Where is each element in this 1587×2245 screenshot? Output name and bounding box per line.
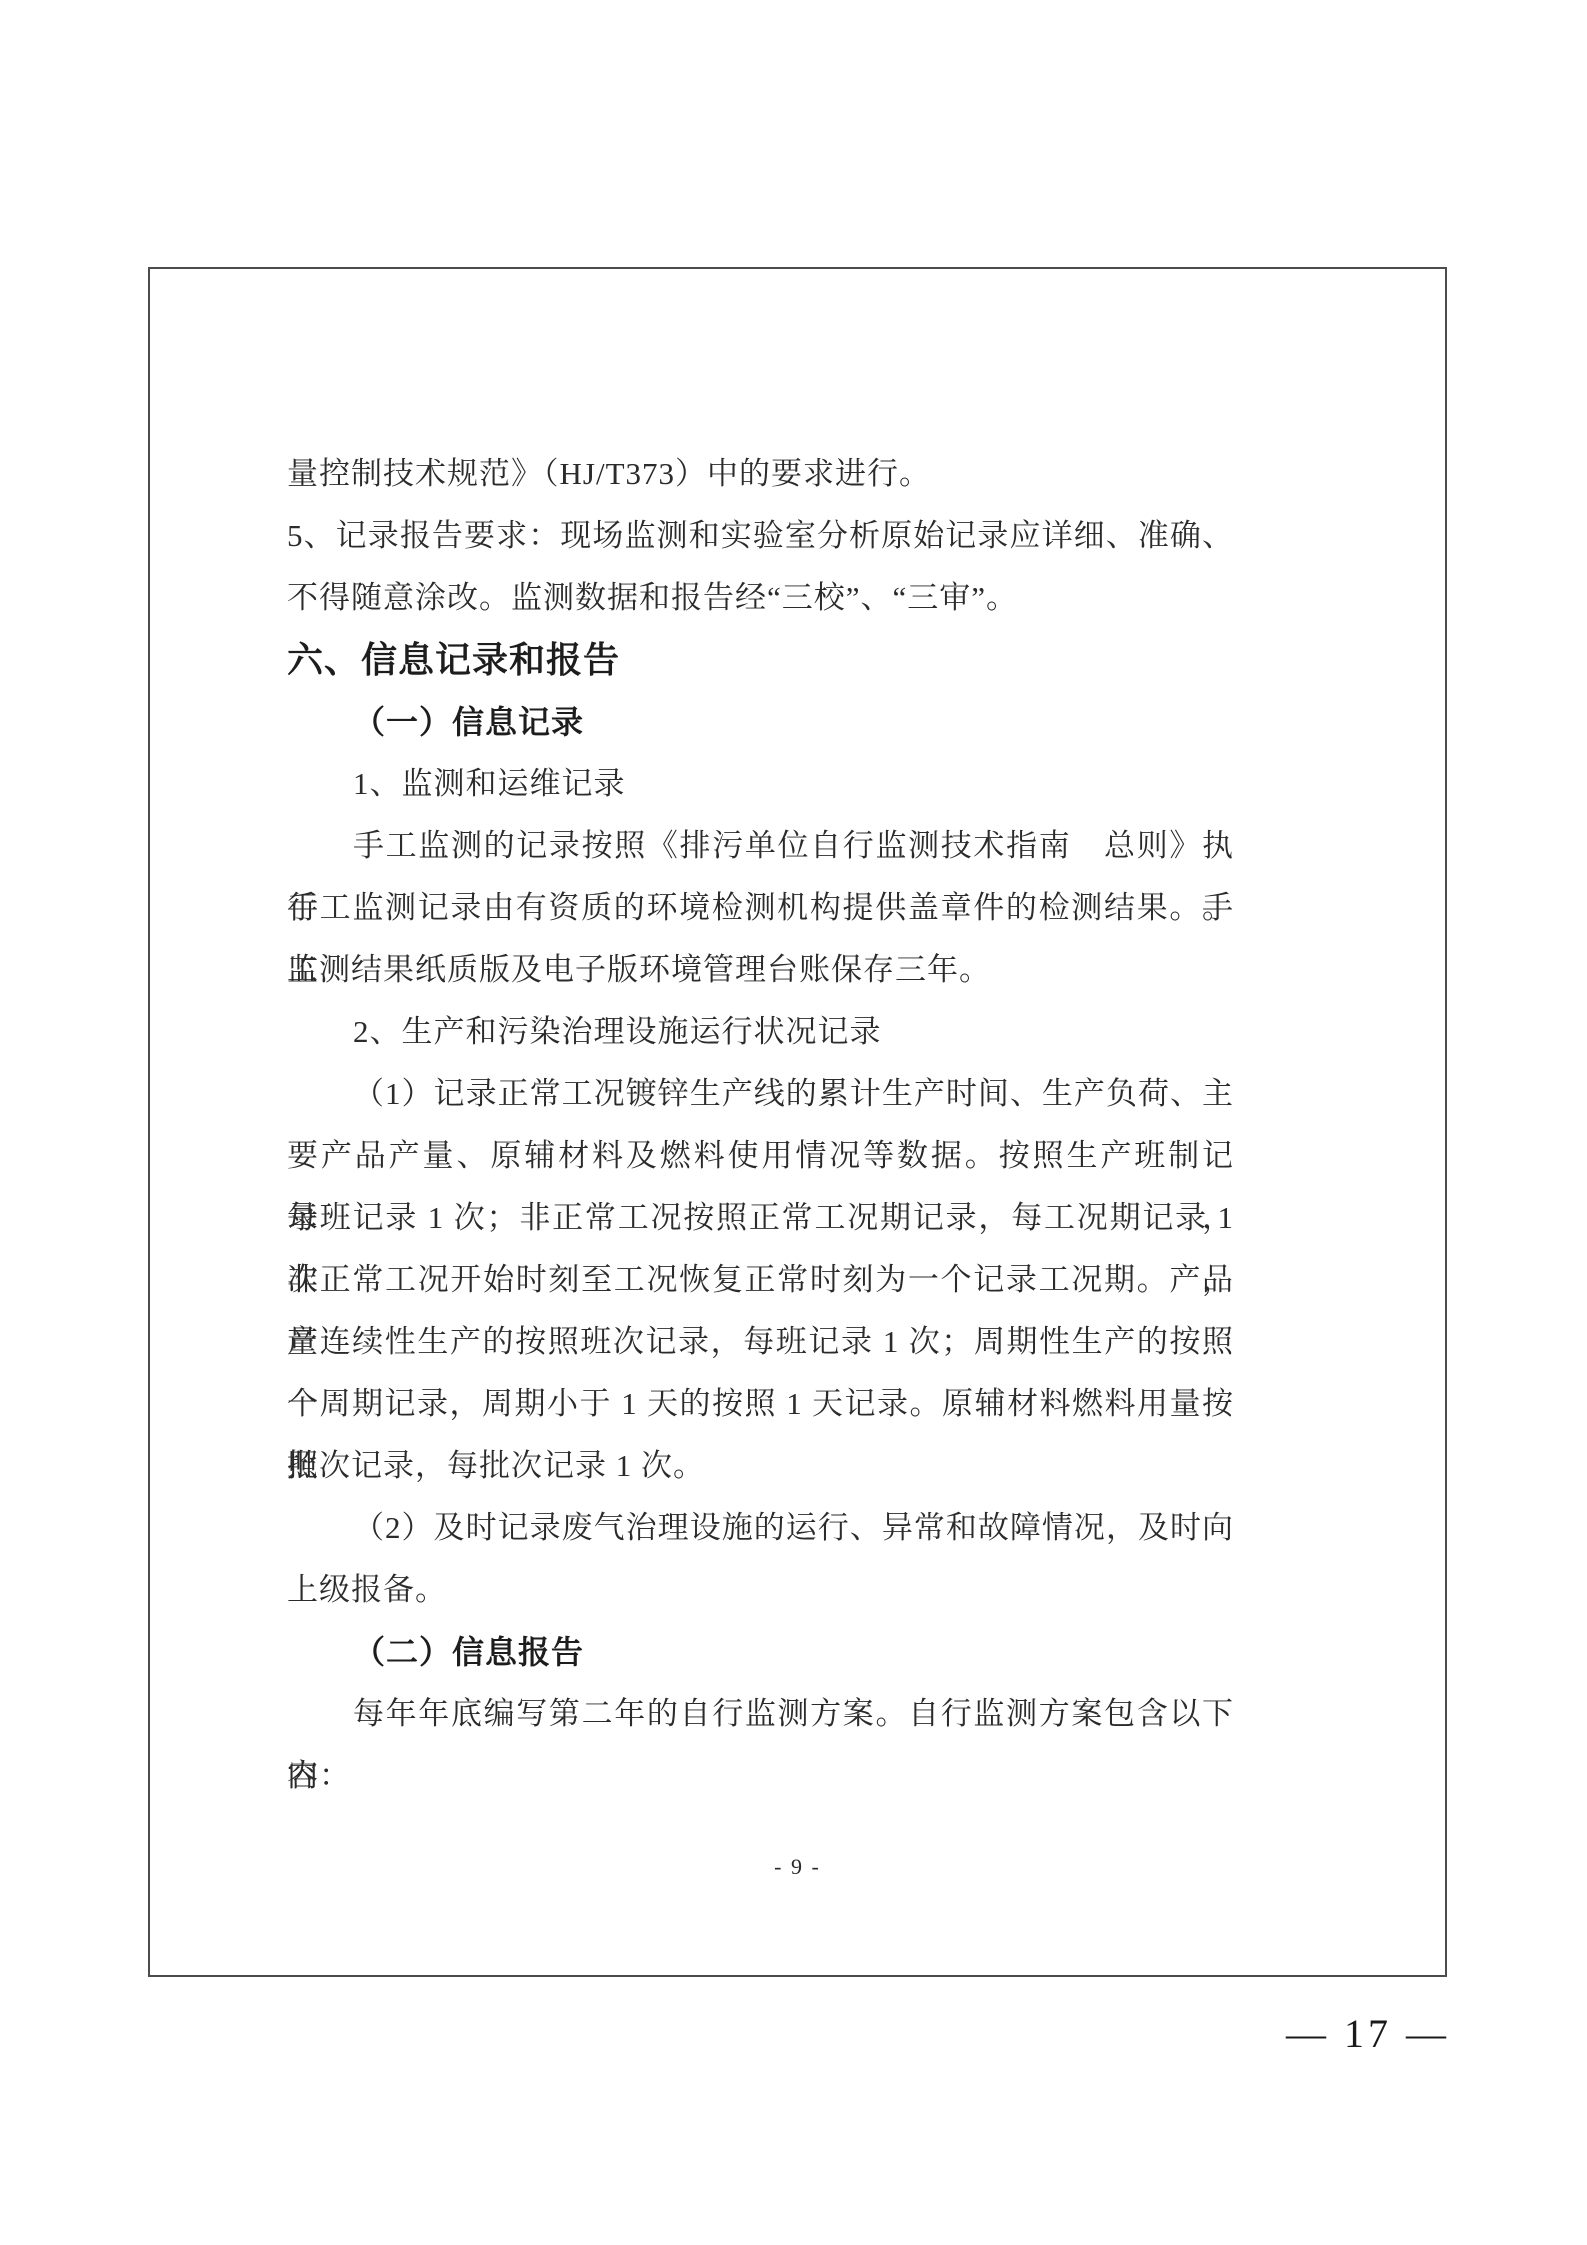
document-page: { "document": { "lines": [ "量控制技术规范》（HJ/… [0,0,1587,2245]
document-line: 每班记录 1 次；非正常工况按照正常工况期记录，每工况期记录 1 次， [287,1187,1234,1249]
document-line: （1）记录正常工况镀锌生产线的累计生产时间、生产负荷、主 [287,1063,1234,1125]
heading-info-report: （二）信息报告 [287,1621,1234,1683]
document-line: 2、生产和污染治理设施运行状况记录 [287,1001,1234,1063]
page-frame: 量控制技术规范》（HJ/T373）中的要求进行。 5、记录报告要求：现场监测和实… [148,267,1447,1977]
document-line: 不得随意涂改。监测数据和报告经“三校”、“三审”。 [287,567,1234,629]
document-line: 要产品产量、原辅材料及燃料使用情况等数据。按照生产班制记录， [287,1125,1234,1187]
heading-info-record: （一）信息记录 [287,691,1234,753]
document-line: （2）及时记录废气治理设施的运行、异常和故障情况，及时向 [287,1497,1234,1559]
document-line: 每年年底编写第二年的自行监测方案。自行监测方案包含以下内 [287,1683,1234,1745]
document-line: 量控制技术规范》（HJ/T373）中的要求进行。 [287,443,1234,505]
document-line: 个周期记录，周期小于 1 天的按照 1 天记录。原辅材料燃料用量按照 [287,1373,1234,1435]
footer-page-number: - 9 - [150,1854,1445,1880]
document-line: 手工监测记录由有资质的环境检测机构提供盖章件的检测结果。手工 [287,877,1234,939]
heading-section-six: 六、信息记录和报告 [287,629,1234,691]
document-line: 量连续性生产的按照班次记录，每班记录 1 次；周期性生产的按照一 [287,1311,1234,1373]
document-line: 1、监测和运维记录 [287,753,1234,815]
document-line: 监测结果纸质版及电子版环境管理台账保存三年。 [287,939,1234,1001]
document-line: 批次记录，每批次记录 1 次。 [287,1435,1234,1497]
document-line: 非正常工况开始时刻至工况恢复正常时刻为一个记录工况期。产品产 [287,1249,1234,1311]
document-line: 容： [287,1745,1234,1807]
document-line: 5、记录报告要求：现场监测和实验室分析原始记录应详细、准确、 [287,505,1234,567]
document-line: 上级报备。 [287,1559,1234,1621]
document-line: 手工监测的记录按照《排污单位自行监测技术指南 总则》执行。 [287,815,1234,877]
text-column: 量控制技术规范》（HJ/T373）中的要求进行。 5、记录报告要求：现场监测和实… [287,443,1234,1807]
sheet-page-number: — 17 — [1286,2010,1450,2057]
